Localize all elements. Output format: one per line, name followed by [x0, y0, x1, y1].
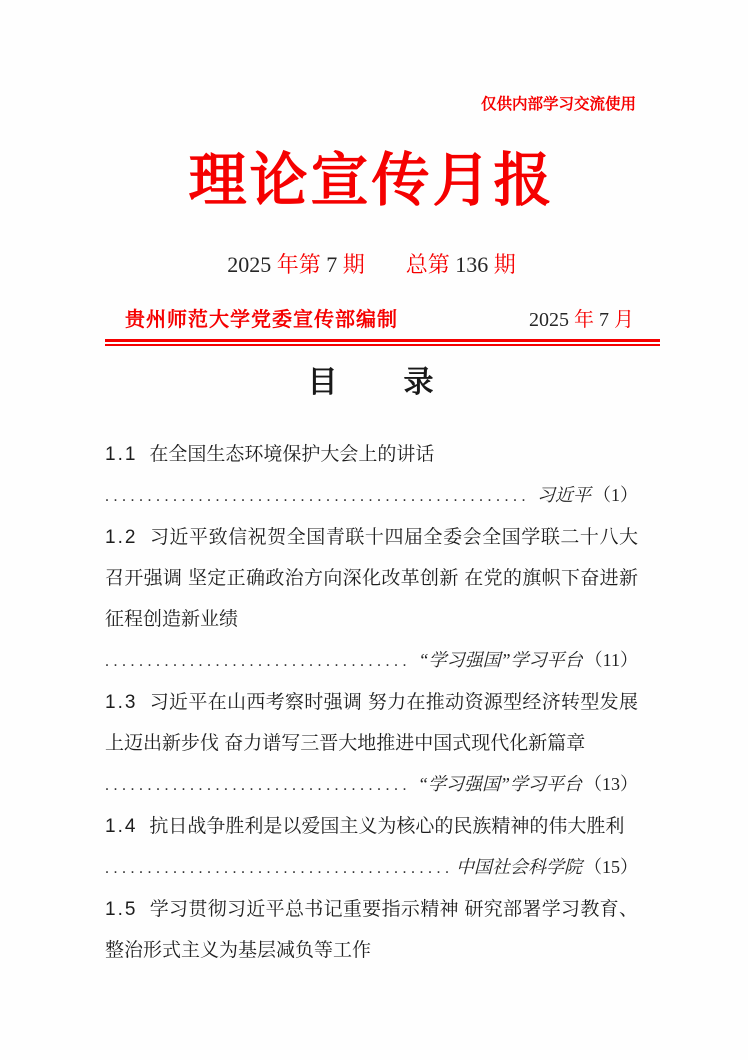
- toc-entry-3-page: （13）: [584, 764, 638, 805]
- toc-entry-1-source: 习近平: [537, 475, 591, 516]
- internal-use-notice: 仅供内部学习交流使用: [105, 96, 636, 114]
- toc-entry-2-dotline: ........................................…: [105, 640, 638, 682]
- issue-number: 7: [326, 252, 337, 277]
- toc-entry-2-title: 1.2习近平致信祝贺全国青联十四届全委会全国学联二十八大召开强调 坚定正确政治方…: [105, 517, 638, 640]
- leader-dots: ........................................…: [105, 848, 448, 889]
- toc-entry-4-source: 中国社会科学院: [456, 847, 582, 888]
- date-month: 7: [599, 309, 609, 331]
- toc-entry-1-dotline: ........................................…: [105, 475, 638, 517]
- toc-entry-5-number: 1.5: [105, 899, 137, 920]
- toc-entry-2-page: （11）: [585, 640, 638, 681]
- issue-year: 2025: [227, 252, 271, 277]
- toc-entry-3-number: 1.3: [105, 692, 137, 713]
- issue-line: 2025 年第 7 期 总第 136 期: [105, 252, 638, 278]
- toc-entry-4-dotline: ........................................…: [105, 847, 638, 889]
- total-number: 136: [455, 252, 488, 277]
- date-year: 2025: [529, 309, 569, 331]
- toc-entry-4-page: （15）: [584, 847, 638, 888]
- toc-entry-5-title: 1.5学习贯彻习近平总书记重要指示精神 研究部署学习教育、整治形式主义为基层减负…: [105, 889, 638, 971]
- leader-dots: ........................................…: [105, 476, 529, 517]
- leader-dots: ........................................…: [105, 641, 411, 682]
- toc-entry-2-text: 习近平致信祝贺全国青联十四届全委会全国学联二十八大召开强调 坚定正确政治方向深化…: [105, 527, 638, 630]
- toc-entry-3-dotline: ........................................…: [105, 764, 638, 806]
- issue-year-label: 年第: [277, 252, 321, 277]
- total-suffix: 期: [494, 252, 516, 277]
- toc-entry-4-text: 抗日战争胜利是以爱国主义为核心的民族精神的伟大胜利: [149, 816, 624, 837]
- page-title: 理论宣传月报: [105, 148, 638, 214]
- toc-entry-2-source: “学习强国”学习平台: [419, 640, 583, 681]
- toc-entry-5-text: 学习贯彻习近平总书记重要指示精神 研究部署学习教育、整治形式主义为基层减负等工作: [105, 899, 638, 961]
- toc-entry-3-title: 1.3习近平在山西考察时强调 努力在推动资源型经济转型发展上迈出新步伐 奋力谱写…: [105, 682, 638, 764]
- date-month-unit: 月: [614, 309, 634, 331]
- double-red-divider: [105, 339, 660, 346]
- toc-entry-2-number: 1.2: [105, 527, 137, 548]
- total-label: 总第: [406, 252, 450, 277]
- toc-entry-1-text: 在全国生态环境保护大会上的讲话: [149, 444, 434, 465]
- document-page: 仅供内部学习交流使用 理论宣传月报 2025 年第 7 期 总第 136 期 贵…: [0, 0, 748, 1060]
- toc-entry-4-number: 1.4: [105, 816, 137, 837]
- issue-number-label: 期: [343, 252, 365, 277]
- toc-entry-1-number: 1.1: [105, 444, 137, 465]
- toc-entry-1-title: 1.1在全国生态环境保护大会上的讲话: [105, 434, 638, 475]
- date-year-unit: 年: [574, 309, 594, 331]
- publisher-row: 贵州师范大学党委宣传部编制 2025 年 7 月: [105, 308, 638, 333]
- toc-list: 1.1在全国生态环境保护大会上的讲话 .....................…: [105, 434, 638, 971]
- toc-entry-1-page: （1）: [593, 475, 638, 516]
- publisher-name: 贵州师范大学党委宣传部编制: [125, 308, 398, 333]
- toc-heading: 目 录: [105, 366, 638, 400]
- publication-date: 2025 年 7 月: [529, 308, 634, 333]
- leader-dots: ........................................…: [105, 765, 410, 806]
- toc-entry-4-title: 1.4抗日战争胜利是以爱国主义为核心的民族精神的伟大胜利: [105, 806, 638, 847]
- toc-entry-3-text: 习近平在山西考察时强调 努力在推动资源型经济转型发展上迈出新步伐 奋力谱写三晋大…: [105, 692, 638, 754]
- toc-entry-3-source: “学习强国”学习平台: [418, 764, 582, 805]
